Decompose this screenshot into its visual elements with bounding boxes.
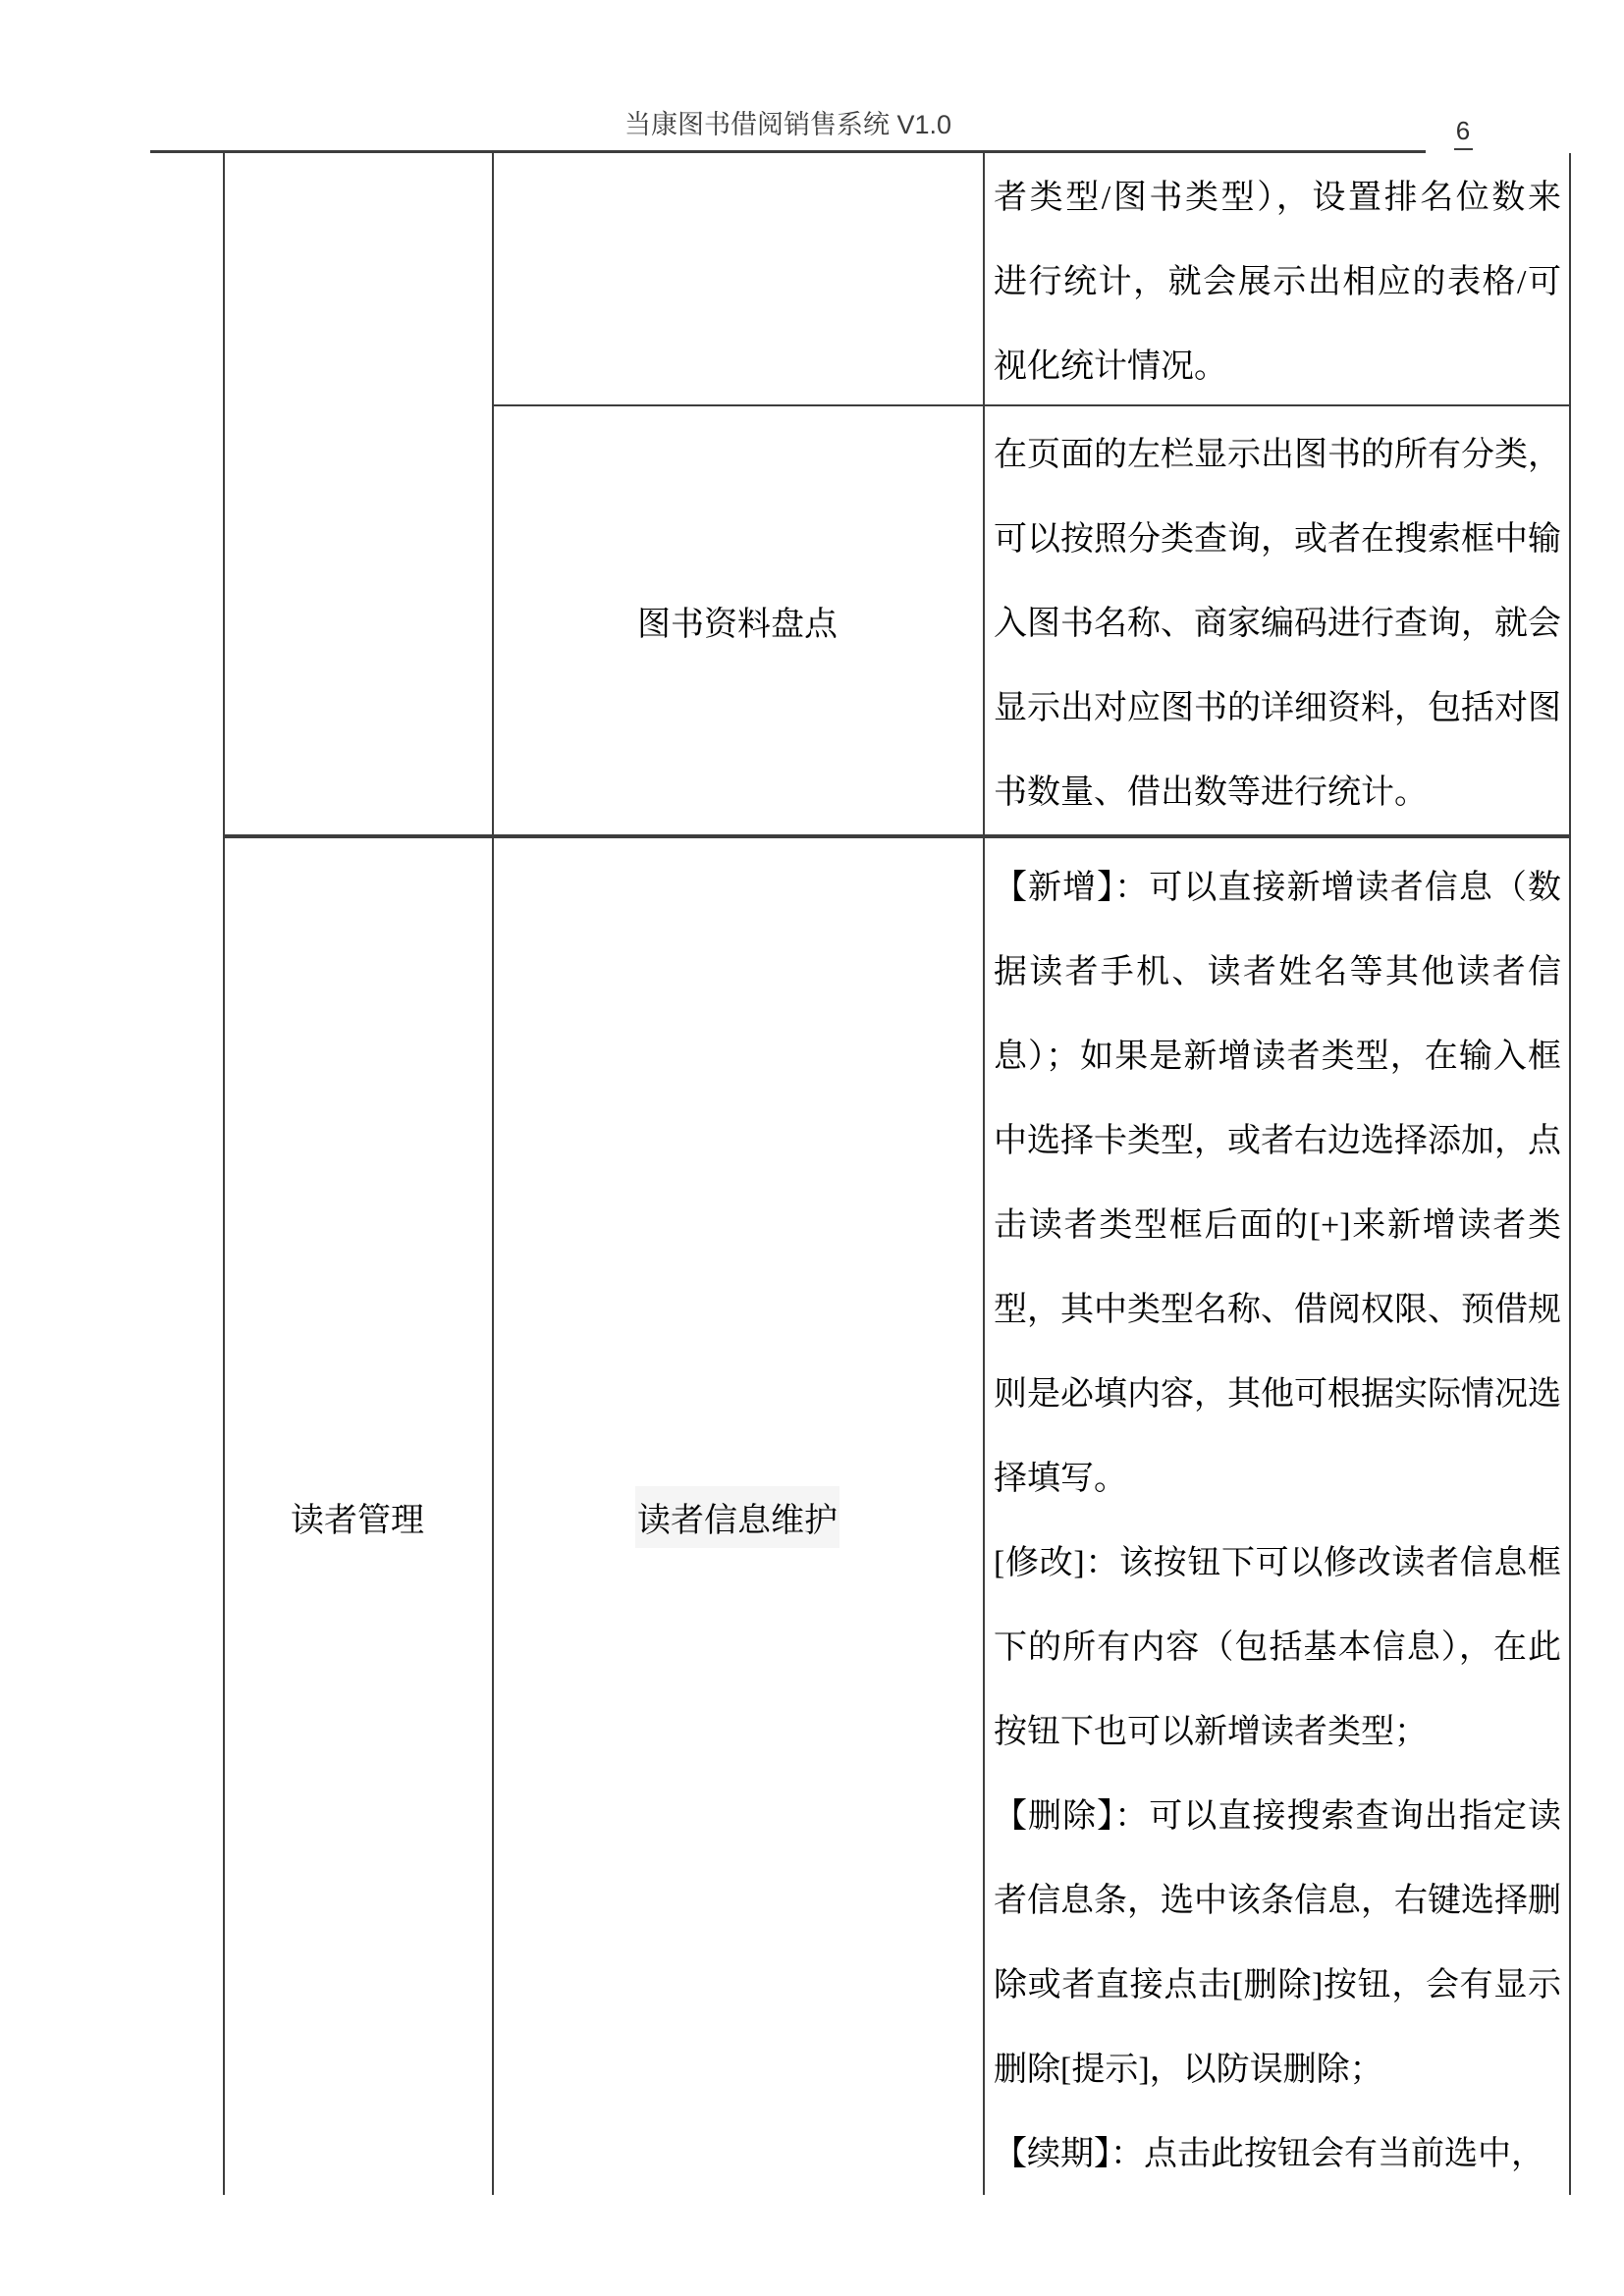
text-line: 击读者类型框后面的[+]来新增读者类 bbox=[994, 1184, 1561, 1268]
module-label-reader-management: 读者管理 bbox=[291, 1493, 424, 1541]
document-page: 当康图书借阅销售系统 V1.0 6 者类型/图书类型），设置排名位数来进行统计，… bbox=[0, 0, 1624, 2296]
page-number-underline bbox=[1454, 148, 1473, 150]
text-line: 除或者直接点击[删除]按钮，会有显示 bbox=[994, 1944, 1561, 2028]
text-line: 删除[提示]，以防误删除； bbox=[994, 2028, 1561, 2112]
text-line: 型，其中类型名称、借阅权限、预借规 bbox=[994, 1268, 1561, 1353]
text-line: 进行统计，就会展示出相应的表格/可 bbox=[994, 240, 1561, 325]
module-cell-reader-management: 读者管理 bbox=[223, 838, 492, 2195]
text-line: 书数量、借出数等进行统计。 bbox=[994, 751, 1561, 835]
text-line: 可以按照分类查询，或者在搜索框中输 bbox=[994, 498, 1561, 582]
text-line: 视化统计情况。 bbox=[994, 325, 1561, 409]
feature-cell-book-inventory: 图书资料盘点 bbox=[492, 406, 983, 834]
description-cell-book-inventory: 在页面的左栏显示出图书的所有分类，可以按照分类查询，或者在搜索框中输入图书名称、… bbox=[983, 406, 1570, 835]
text-line: 【新增】：可以直接新增读者信息（数 bbox=[994, 846, 1561, 931]
description-cell-statistics: 者类型/图书类型），设置排名位数来进行统计，就会展示出相应的表格/可视化统计情况… bbox=[983, 153, 1570, 409]
text-line: 者类型/图书类型），设置排名位数来 bbox=[994, 156, 1561, 240]
feature-label-book-inventory: 图书资料盘点 bbox=[637, 597, 838, 645]
text-line: 中选择卡类型，或者右边选择添加，点 bbox=[994, 1099, 1561, 1184]
text-line: 息）；如果是新增读者类型，在输入框 bbox=[994, 1015, 1561, 1099]
text-line: 【删除】：可以直接搜索查询出指定读 bbox=[994, 1775, 1561, 1859]
page-number: 6 bbox=[1449, 118, 1477, 143]
text-line: 择填写。 bbox=[994, 1437, 1561, 1522]
text-line: 按钮下也可以新增读者类型； bbox=[994, 1690, 1561, 1775]
text-line: 据读者手机、读者姓名等其他读者信 bbox=[994, 931, 1561, 1015]
description-cell-reader-management: 【新增】：可以直接新增读者信息（数据读者手机、读者姓名等其他读者信息）；如果是新… bbox=[983, 838, 1570, 2197]
text-line: 在页面的左栏显示出图书的所有分类， bbox=[994, 413, 1561, 498]
text-line: 【续期】：点击此按钮会有当前选中， bbox=[994, 2112, 1561, 2197]
page-header-title: 当康图书借阅销售系统 V1.0 bbox=[150, 109, 1426, 140]
text-line: 显示出对应图书的详细资料，包括对图 bbox=[994, 667, 1561, 751]
text-line: 则是必填内容，其他可根据实际情况选 bbox=[994, 1353, 1561, 1437]
text-line: 下的所有内容（包括基本信息），在此 bbox=[994, 1606, 1561, 1690]
text-line: 入图书名称、商家编码进行查询，就会 bbox=[994, 582, 1561, 667]
text-line: 者信息条，选中该条信息，右键选择删 bbox=[994, 1859, 1561, 1944]
feature-label-reader-info: 读者信息维护 bbox=[635, 1486, 839, 1548]
feature-cell-reader-info: 读者信息维护 bbox=[492, 838, 983, 2195]
text-line: [修改]：该按钮下可以修改读者信息框 bbox=[994, 1522, 1561, 1606]
